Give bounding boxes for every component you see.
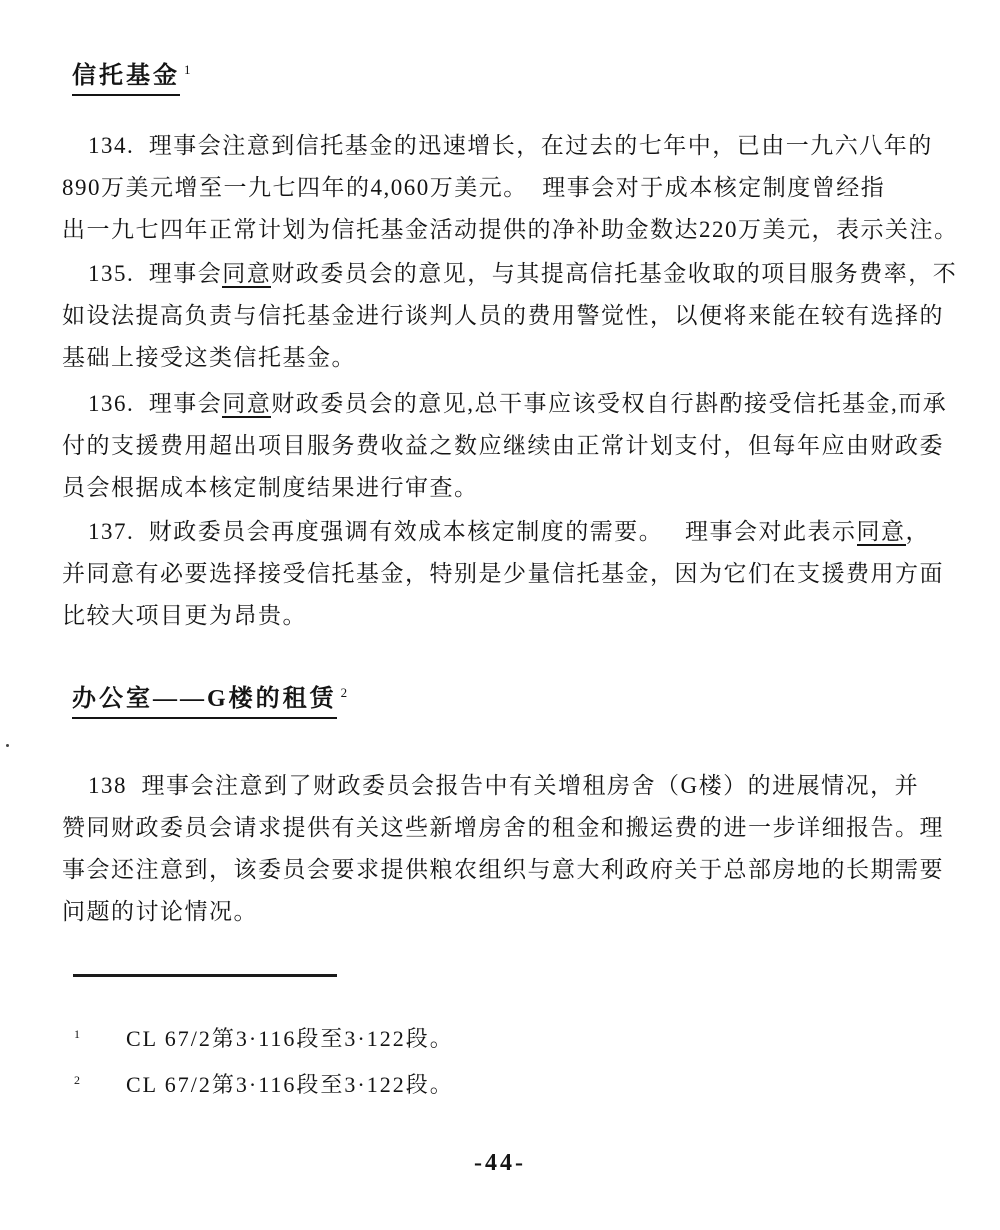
paragraph-138: 138 理事会注意到了财政委员会报告中有关增租房舍（G楼）的进展情况，并 赞同财… [62, 766, 980, 934]
paragraph-line: 赞同财政委员会请求提供有关这些新增房舍的租金和搬运费的进一步详细报告。理 [62, 808, 980, 850]
text-segment: 135. 理事会 [88, 261, 222, 286]
footnote-text: CL 67/2第3·116段至3·122段。 [126, 1026, 454, 1051]
footnote-marker: 1 [74, 1027, 126, 1042]
section-heading-office-rental: 办公室——G楼的租赁2 [72, 678, 350, 713]
text-segment: 136. 理事会 [88, 391, 222, 416]
underlined-word: 同意 [222, 261, 271, 288]
paragraph-136: 136. 理事会同意财政委员会的意见,总干事应该受权自行斟酌接受信托基金,而承 … [62, 384, 980, 510]
footnote-2: 2CL 67/2第3·116段至3·122段。 [74, 1068, 960, 1108]
paragraph-137: 137. 财政委员会再度强调有效成本核定制度的需要。 理事会对此表示同意， 并同… [62, 512, 980, 638]
footnote-separator [73, 974, 337, 977]
paragraph-line: 出一九七四年正常计划为信托基金活动提供的净补助金数达220万美元，表示关注。 [62, 210, 980, 252]
text-segment: 137. 财政委员会再度强调有效成本核定制度的需要。 理事会对此表示 [88, 519, 857, 544]
paragraph-134: 134. 理事会注意到信托基金的迅速增长，在过去的七年中，已由一九六八年的 89… [62, 126, 980, 252]
heading-text: 办公室——G楼的租赁 [72, 686, 337, 719]
footnote-marker: 2 [74, 1073, 126, 1088]
footnote-ref-1: 1 [184, 62, 194, 77]
footnote-text: CL 67/2第3·116段至3·122段。 [126, 1072, 454, 1097]
paragraph-line: 问题的讨论情况。 [62, 892, 980, 934]
paragraph-line: 138 理事会注意到了财政委员会报告中有关增租房舍（G楼）的进展情况，并 [62, 766, 980, 808]
paragraph-line: 基础上接受这类信托基金。 [62, 338, 980, 380]
paragraph-135: 135. 理事会同意财政委员会的意见，与其提高信托基金收取的项目服务费率，不 如… [62, 254, 980, 380]
paragraph-line: 137. 财政委员会再度强调有效成本核定制度的需要。 理事会对此表示同意， [62, 512, 980, 554]
page-number: -44- [0, 1150, 1000, 1177]
text-segment: ， [906, 519, 931, 544]
paragraph-line: 如设法提高负责与信托基金进行谈判人员的费用警觉性，以便将来能在较有选择的 [62, 296, 980, 338]
paragraph-line: 并同意有必要选择接受信托基金，特别是少量信托基金，因为它们在支援费用方面 [62, 554, 980, 596]
text-segment: 财政委员会的意见,总干事应该受权自行斟酌接受信托基金,而承 [271, 391, 947, 416]
paragraph-line: 135. 理事会同意财政委员会的意见，与其提高信托基金收取的项目服务费率，不 [62, 254, 980, 296]
underlined-word: 同意 [222, 391, 271, 418]
scan-artifact-dot [6, 744, 9, 747]
paragraph-line: 136. 理事会同意财政委员会的意见,总干事应该受权自行斟酌接受信托基金,而承 [62, 384, 980, 426]
underlined-word: 同意 [857, 519, 906, 546]
paragraph-line: 134. 理事会注意到信托基金的迅速增长，在过去的七年中，已由一九六八年的 [62, 126, 980, 168]
document-page: 信托基金1 134. 理事会注意到信托基金的迅速增长，在过去的七年中，已由一九六… [0, 0, 1000, 1230]
paragraph-line: 事会还注意到，该委员会要求提供粮农组织与意大利政府关于总部房地的长期需要 [62, 850, 980, 892]
text-segment: 财政委员会的意见，与其提高信托基金收取的项目服务费率，不 [271, 261, 957, 286]
heading-text: 信托基金 [72, 63, 180, 96]
section-heading-trust-funds: 信托基金1 [72, 55, 194, 90]
paragraph-line: 付的支援费用超出项目服务费收益之数应继续由正常计划支付，但每年应由财政委 [62, 426, 980, 468]
footnote-1: 1CL 67/2第3·116段至3·122段。 [74, 1022, 960, 1062]
paragraph-line: 890万美元增至一九七四年的4,060万美元。 理事会对于成本核定制度曾经指 [62, 168, 980, 210]
footnote-ref-2: 2 [341, 685, 351, 700]
paragraph-line: 员会根据成本核定制度结果进行审查。 [62, 468, 980, 510]
paragraph-line: 比较大项目更为昂贵。 [62, 596, 980, 638]
